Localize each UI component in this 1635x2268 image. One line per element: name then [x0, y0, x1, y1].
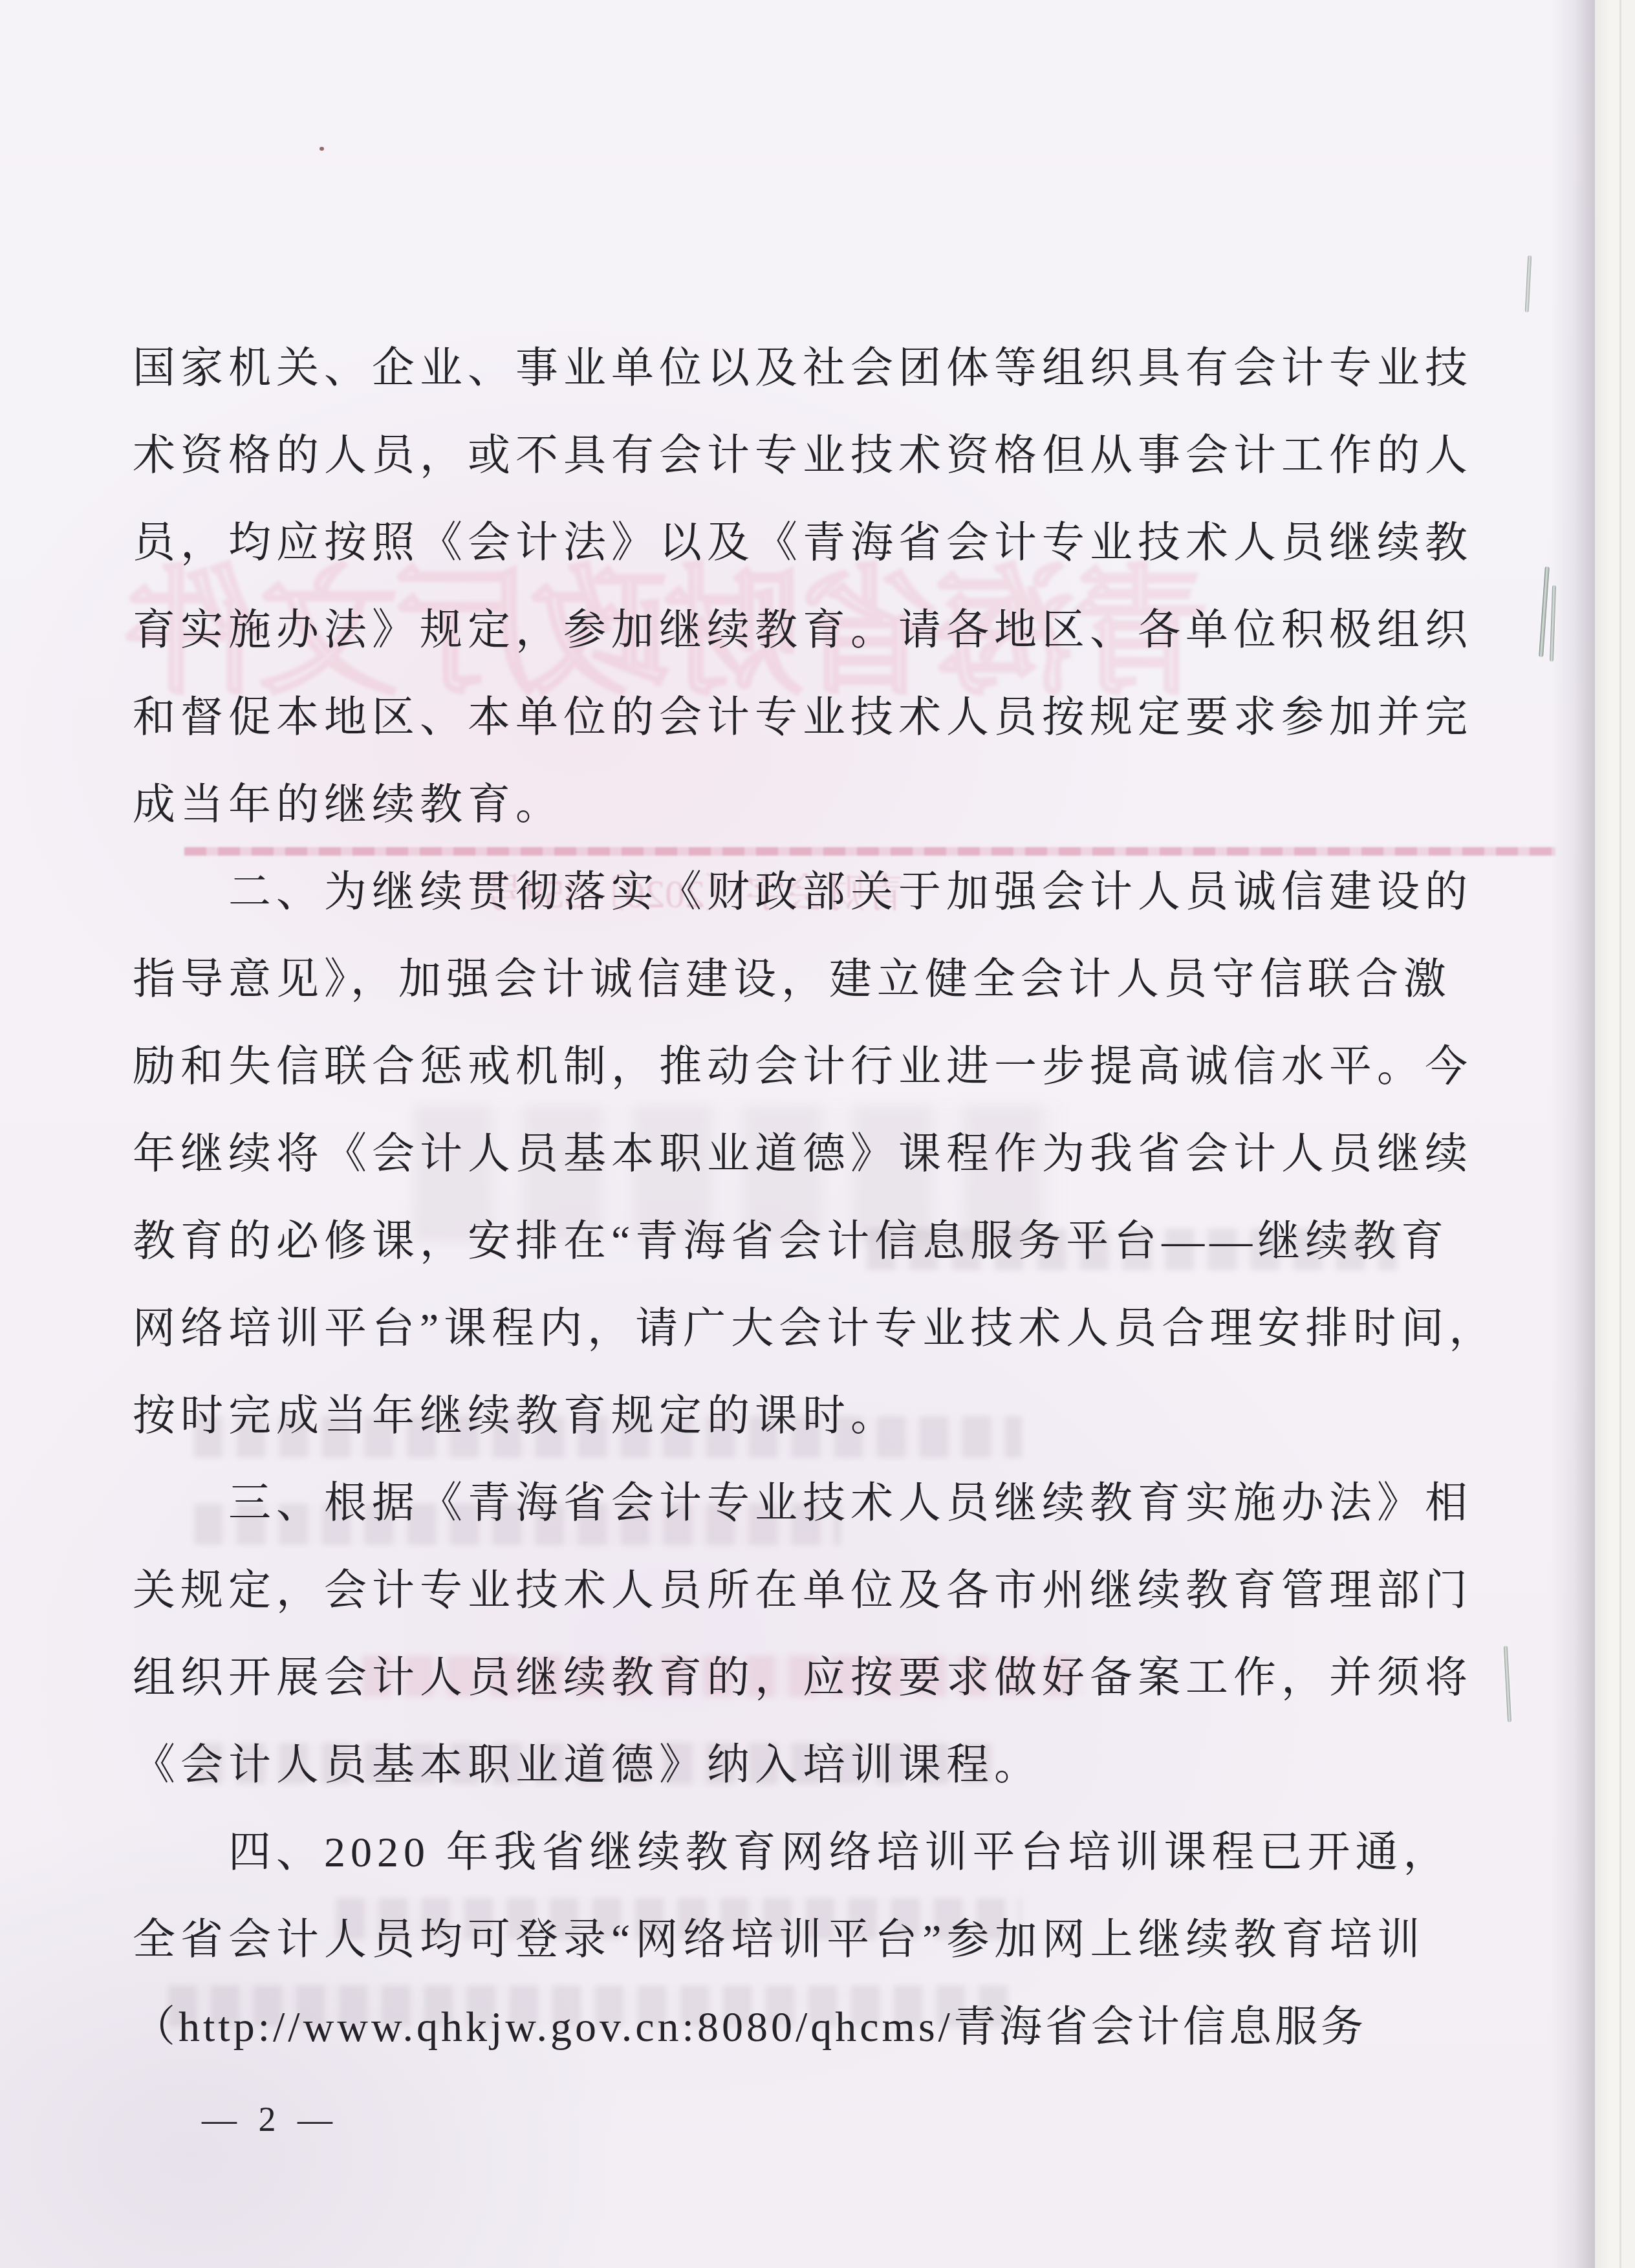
body-line: 育实施办法》规定，参加继续教育。请各地区、各单位积极组织: [133, 598, 1497, 663]
body-line: 教育的必修课，安排在“青海省会计信息服务平台——继续教育: [133, 1209, 1497, 1274]
scanned-page: 青海省财政厅文件 青财会字〔2020〕358号 国家机关、企业、事业单位以及社会…: [0, 0, 1635, 2268]
body-line: 励和失信联合惩戒机制，推动会计行业进一步提高诚信水平。今: [133, 1035, 1497, 1099]
body-line: 组织开展会计人员继续教育的，应按要求做好备案工作，并须将: [133, 1646, 1497, 1711]
body-line-paragraph-3-start: 三、根据《青海省会计专业技术人员继续教育实施办法》相: [133, 1471, 1593, 1536]
dust-speck: [319, 147, 324, 151]
body-line: 成当年的继续教育。: [133, 773, 1497, 837]
scanner-background: [1595, 0, 1635, 2268]
body-line: 国家机关、企业、事业单位以及社会团体等组织具有会计专业技: [133, 336, 1497, 401]
body-line-paragraph-4-start: 四、2020 年我省继续教育网络培训平台培训课程已开通，: [133, 1820, 1593, 1885]
body-line: 员，均应按照《会计法》以及《青海省会计专业技术人员继续教: [133, 511, 1497, 576]
body-line: 《会计人员基本职业道德》纳入培训课程。: [133, 1733, 1497, 1798]
scanner-edge-line: [1619, 0, 1621, 2268]
body-line: 术资格的人员，或不具有会计专业技术资格但从事会计工作的人: [133, 424, 1497, 488]
body-line: 全省会计人员均可登录“网络培训平台”参加网上继续教育培训: [133, 1908, 1497, 1972]
body-line-paragraph-2-start: 二、为继续贯彻落实《财政部关于加强会计人员诚信建设的: [133, 860, 1593, 925]
body-line: 和督促本地区、本单位的会计专业技术人员按规定要求参加并完: [133, 686, 1497, 750]
page-number: — 2 —: [202, 2099, 339, 2139]
body-line: 按时完成当年继续教育规定的课时。: [133, 1384, 1497, 1449]
body-line: 关规定，会计专业技术人员所在单位及各市州继续教育管理部门: [133, 1559, 1497, 1623]
body-line: 指导意见》，加强会计诚信建设，建立健全会计人员守信联合激: [133, 947, 1497, 1012]
body-line: 网络培训平台”课程内，请广大会计专业技术人员合理安排时间，: [133, 1297, 1497, 1361]
page-edge-shadow: [1551, 0, 1595, 2268]
body-line-url: （http://www.qhkjw.gov.cn:8080/qhcms/青海省会…: [133, 1995, 1497, 2060]
body-line: 年继续将《会计人员基本职业道德》课程作为我省会计人员继续: [133, 1122, 1497, 1187]
